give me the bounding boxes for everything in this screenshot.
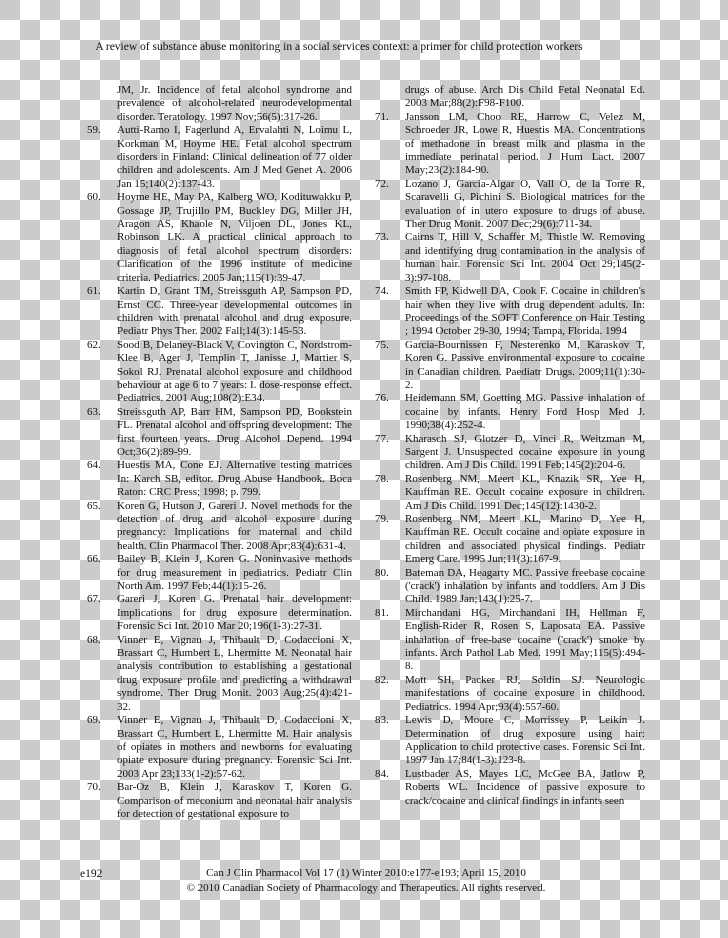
reference-number: 60.: [87, 191, 117, 285]
reference-text: Huestis MA, Cone EJ. Alternative testing…: [117, 459, 352, 499]
reference-item: 64. Huestis MA, Cone EJ. Alternative tes…: [87, 459, 352, 499]
reference-item: JM, Jr. Incidence of fetal alcohol syndr…: [87, 84, 352, 124]
reference-text: Lustbader AS, Mayes LC, McGee BA, Jatlow…: [405, 768, 645, 808]
reference-number: 67.: [87, 593, 117, 633]
reference-text: Garcia-Bournissen F, Nesterenko M, Karas…: [405, 339, 645, 393]
reference-item: 71. Jansson LM, Choo RE, Harrow C, Velez…: [375, 111, 645, 178]
reference-item: 66. Bailey B, Klein J, Koren G. Noninvas…: [87, 553, 352, 593]
reference-text: drugs of abuse. Arch Dis Child Fetal Neo…: [405, 84, 645, 111]
reference-text: Smith FP, Kidwell DA, Cook F. Cocaine in…: [405, 285, 645, 339]
reference-item: 75. Garcia-Bournissen F, Nesterenko M, K…: [375, 339, 645, 393]
reference-text: Rosenberg NM, Meert KL, Knazik SR, Yee H…: [405, 473, 645, 513]
reference-number: [87, 84, 117, 124]
reference-item: 65. Koren G, Hutson J, Gareri J. Novel m…: [87, 500, 352, 554]
reference-item: 63. Streissguth AP, Barr HM, Sampson PD,…: [87, 406, 352, 460]
reference-item: 76. Heidemann SM, Goetting MG. Passive i…: [375, 392, 645, 432]
reference-item: 74. Smith FP, Kidwell DA, Cook F. Cocain…: [375, 285, 645, 339]
reference-item: 79. Rosenberg NM, Meert KL, Marino D, Ye…: [375, 513, 645, 567]
reference-number: 79.: [375, 513, 405, 567]
reference-item: 82. Mott SH, Packer RJ, Soldin SJ. Neuro…: [375, 674, 645, 714]
reference-text: Rosenberg NM, Meert KL, Marino D, Yee H,…: [405, 513, 645, 567]
copyright-line: © 2010 Canadian Society of Pharmacology …: [87, 881, 645, 896]
reference-number: 81.: [375, 607, 405, 674]
reference-text: Hoyme HE, May PA, Kalberg WO, Kodituwakk…: [117, 191, 352, 285]
reference-item: 61. Kartin D, Grant TM, Streissguth AP, …: [87, 285, 352, 339]
references-section: JM, Jr. Incidence of fetal alcohol syndr…: [87, 84, 645, 821]
reference-text: JM, Jr. Incidence of fetal alcohol syndr…: [117, 84, 352, 124]
reference-number: 64.: [87, 459, 117, 499]
reference-text: Vinner E, Vignau J, Thibault D, Codaccio…: [117, 714, 352, 781]
reference-item: 78. Rosenberg NM, Meert KL, Knazik SR, Y…: [375, 473, 645, 513]
reference-number: 59.: [87, 124, 117, 191]
reference-text: Bar-Oz B, Klein J, Karaskov T, Koren G. …: [117, 781, 352, 821]
reference-item: 68. Vinner E, Vignau J, Thibault D, Coda…: [87, 634, 352, 714]
reference-item: drugs of abuse. Arch Dis Child Fetal Neo…: [375, 84, 645, 111]
reference-item: 77. Kharasch SJ, Glotzer D, Vinci R, Wei…: [375, 433, 645, 473]
running-head-title: A review of substance abuse monitoring i…: [0, 40, 678, 54]
reference-item: 70. Bar-Oz B, Klein J, Karaskov T, Koren…: [87, 781, 352, 821]
reference-text: Cairns T, Hill V, Schaffer M, Thistle W.…: [405, 231, 645, 285]
reference-number: 80.: [375, 567, 405, 607]
reference-item: 69. Vinner E, Vignau J, Thibault D, Coda…: [87, 714, 352, 781]
reference-text: Kartin D, Grant TM, Streissguth AP, Samp…: [117, 285, 352, 339]
reference-text: Kharasch SJ, Glotzer D, Vinci R, Weitzma…: [405, 433, 645, 473]
reference-number: 69.: [87, 714, 117, 781]
reference-number: 84.: [375, 768, 405, 808]
page-footer: Can J Clin Pharmacol Vol 17 (1) Winter 2…: [87, 866, 645, 895]
reference-text: Mirchandani HG, Mirchandani IH, Hellman …: [405, 607, 645, 674]
reference-item: 62. Sood B, Delaney-Black V, Covington C…: [87, 339, 352, 406]
reference-number: [375, 84, 405, 111]
reference-item: 83. Lewis D, Moore C, Morrissey P, Leiki…: [375, 714, 645, 768]
reference-text: Autti-Ramo I, Fagerlund A, Ervalahti N, …: [117, 124, 352, 191]
reference-item: 84. Lustbader AS, Mayes LC, McGee BA, Ja…: [375, 768, 645, 808]
reference-item: 72. Lozano J, Garcia-Algar O, Vall O, de…: [375, 178, 645, 232]
reference-text: Lewis D, Moore C, Morrissey P, Leikin J.…: [405, 714, 645, 768]
reference-item: 60. Hoyme HE, May PA, Kalberg WO, Koditu…: [87, 191, 352, 285]
reference-item: 81. Mirchandani HG, Mirchandani IH, Hell…: [375, 607, 645, 674]
reference-number: 61.: [87, 285, 117, 339]
reference-text: Gareri J, Koren G. Prenatal hair develop…: [117, 593, 352, 633]
reference-text: Koren G, Hutson J, Gareri J. Novel metho…: [117, 500, 352, 554]
reference-number: 71.: [375, 111, 405, 178]
reference-text: Streissguth AP, Barr HM, Sampson PD, Boo…: [117, 406, 352, 460]
reference-text: Heidemann SM, Goetting MG. Passive inhal…: [405, 392, 645, 432]
reference-number: 73.: [375, 231, 405, 285]
reference-number: 62.: [87, 339, 117, 406]
reference-text: Jansson LM, Choo RE, Harrow C, Velez M, …: [405, 111, 645, 178]
reference-text: Sood B, Delaney-Black V, Covington C, No…: [117, 339, 352, 406]
reference-item: 67. Gareri J, Koren G. Prenatal hair dev…: [87, 593, 352, 633]
reference-number: 63.: [87, 406, 117, 460]
references-column-right: drugs of abuse. Arch Dis Child Fetal Neo…: [375, 84, 645, 821]
reference-item: 80. Bateman DA, Heagarty MC. Passive fre…: [375, 567, 645, 607]
reference-text: Vinner E, Vignau J, Thibault D, Codaccio…: [117, 634, 352, 714]
reference-number: 66.: [87, 553, 117, 593]
reference-number: 68.: [87, 634, 117, 714]
reference-number: 77.: [375, 433, 405, 473]
reference-item: 59. Autti-Ramo I, Fagerlund A, Ervalahti…: [87, 124, 352, 191]
reference-item: 73. Cairns T, Hill V, Schaffer M, Thistl…: [375, 231, 645, 285]
reference-number: 83.: [375, 714, 405, 768]
reference-number: 72.: [375, 178, 405, 232]
reference-number: 70.: [87, 781, 117, 821]
reference-text: Bailey B, Klein J, Koren G. Noninvasive …: [117, 553, 352, 593]
reference-number: 76.: [375, 392, 405, 432]
references-column-left: JM, Jr. Incidence of fetal alcohol syndr…: [87, 84, 352, 821]
reference-text: Mott SH, Packer RJ, Soldin SJ. Neurologi…: [405, 674, 645, 714]
reference-number: 75.: [375, 339, 405, 393]
reference-number: 65.: [87, 500, 117, 554]
reference-number: 78.: [375, 473, 405, 513]
reference-text: Bateman DA, Heagarty MC. Passive freebas…: [405, 567, 645, 607]
reference-number: 74.: [375, 285, 405, 339]
journal-citation-line: Can J Clin Pharmacol Vol 17 (1) Winter 2…: [87, 866, 645, 881]
document-page: A review of substance abuse monitoring i…: [0, 0, 728, 938]
reference-text: Lozano J, Garcia-Algar O, Vall O, de la …: [405, 178, 645, 232]
reference-number: 82.: [375, 674, 405, 714]
